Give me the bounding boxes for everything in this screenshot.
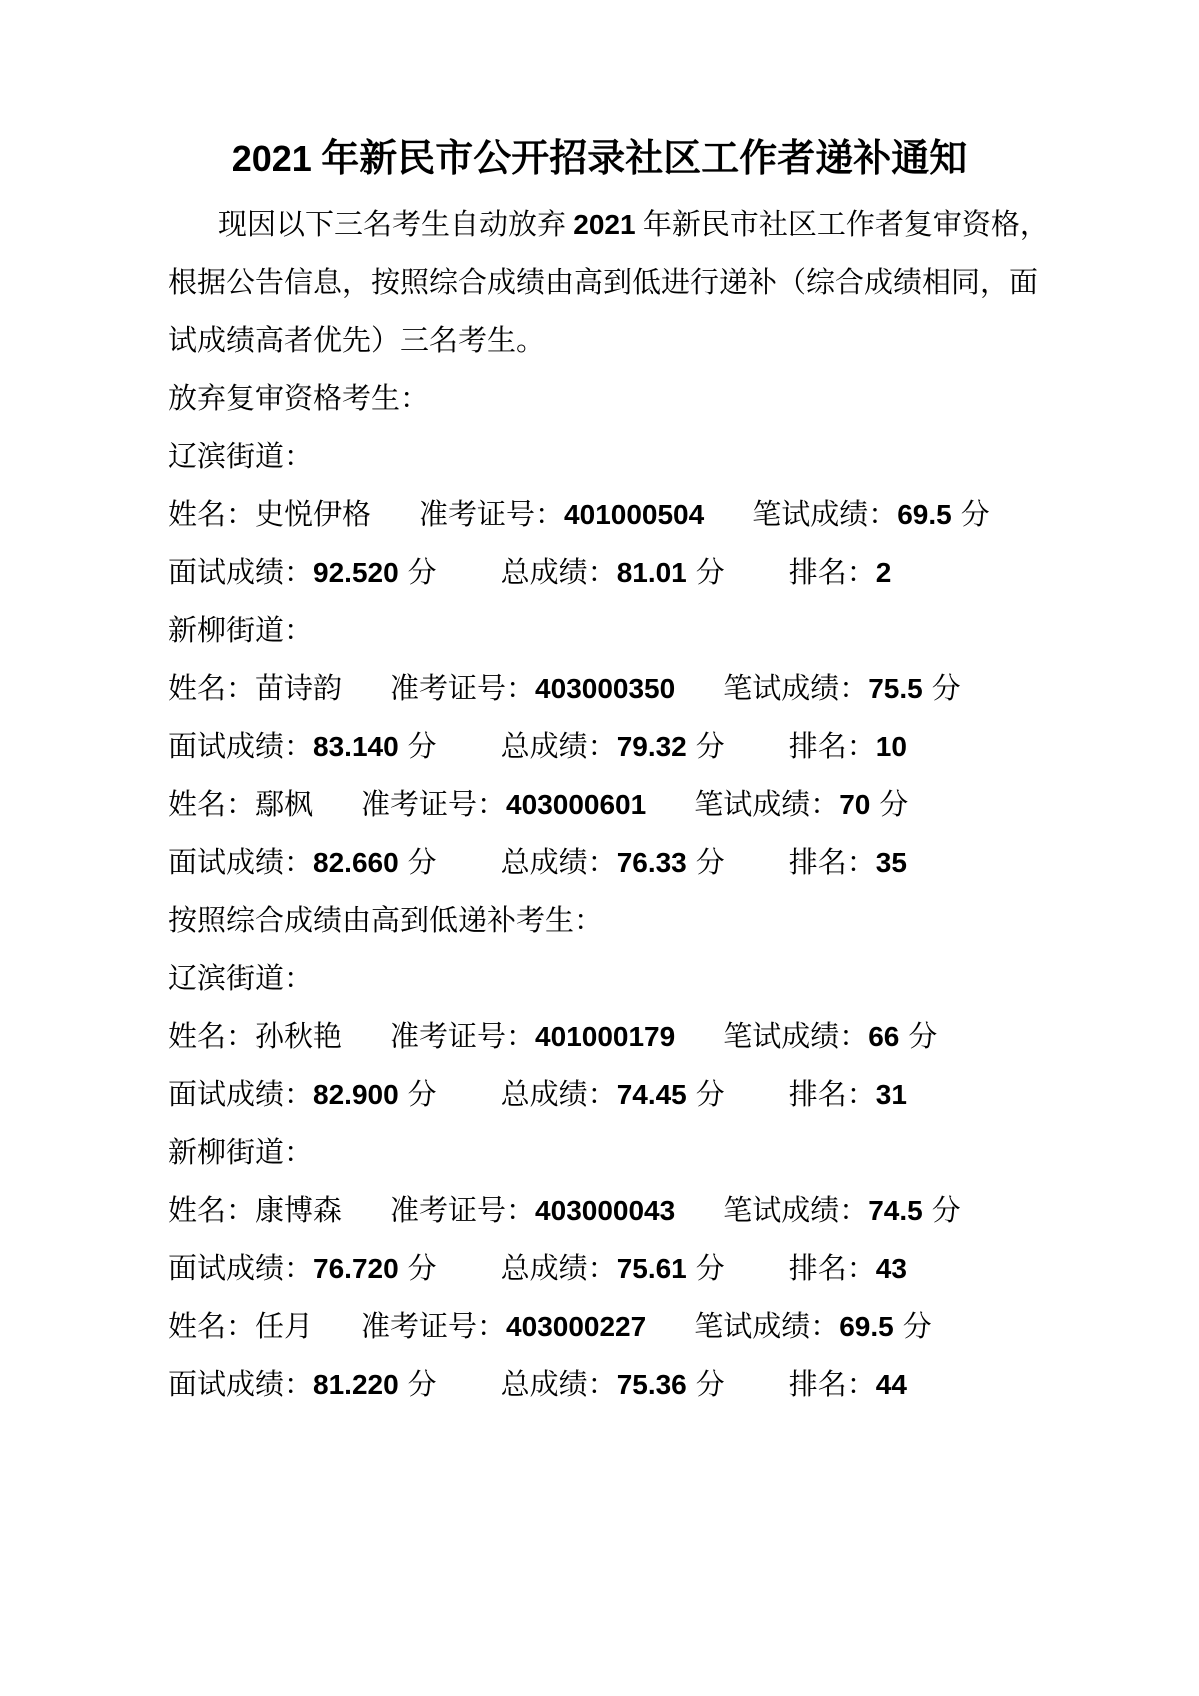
written-score-field: 笔试成绩：66分 bbox=[723, 1008, 937, 1066]
name-label: 姓名： bbox=[168, 789, 255, 821]
interview-score-label: 面试成绩： bbox=[168, 557, 313, 589]
rank-label: 排名： bbox=[789, 1369, 876, 1401]
total-score-field: 总成绩：75.36分 bbox=[501, 1356, 725, 1414]
rank-label: 排名： bbox=[789, 1253, 876, 1285]
interview-score-field: 面试成绩：82.660分 bbox=[168, 834, 437, 892]
written-score-value: 69.5 bbox=[839, 1311, 894, 1342]
score-unit: 分 bbox=[408, 1253, 437, 1285]
candidate-5-score-line: 面试成绩：76.720分 总成绩：75.61分 排名：43 bbox=[168, 1240, 1031, 1298]
exam-id-field: 准考证号：403000601 bbox=[361, 776, 646, 834]
total-score-label: 总成绩： bbox=[501, 847, 617, 879]
candidate-name-field: 姓名：孙秋艳 bbox=[168, 1008, 342, 1066]
written-score-value: 70 bbox=[839, 789, 870, 820]
candidate-name: 史悦伊格 bbox=[255, 499, 371, 531]
exam-id-value: 401000179 bbox=[535, 1021, 675, 1052]
score-unit: 分 bbox=[932, 1195, 961, 1227]
total-score-value: 79.32 bbox=[617, 731, 687, 762]
name-label: 姓名： bbox=[168, 673, 255, 705]
score-unit: 分 bbox=[696, 1253, 725, 1285]
abandon-section-heading: 放弃复审资格考生： bbox=[168, 370, 1031, 428]
total-score-value: 81.01 bbox=[617, 557, 687, 588]
total-score-field: 总成绩：75.61分 bbox=[501, 1240, 725, 1298]
score-unit: 分 bbox=[408, 731, 437, 763]
total-score-field: 总成绩：74.45分 bbox=[501, 1066, 725, 1124]
interview-score-field: 面试成绩：82.900分 bbox=[168, 1066, 437, 1124]
written-score-field: 笔试成绩：74.5分 bbox=[723, 1182, 961, 1240]
written-score-field: 笔试成绩：75.5分 bbox=[723, 660, 961, 718]
score-unit: 分 bbox=[696, 1369, 725, 1401]
intro-line-3: 试成绩高者优先）三名考生。 bbox=[168, 312, 1031, 370]
written-score-label: 笔试成绩： bbox=[723, 1195, 868, 1227]
candidate-6-score-line: 面试成绩：81.220分 总成绩：75.36分 排名：44 bbox=[168, 1356, 1031, 1414]
intro-line-1-pre: 现因以下三名考生自动放弃 bbox=[218, 209, 573, 241]
rank-field: 排名：44 bbox=[789, 1356, 907, 1414]
candidate-4-info-line: 姓名：孙秋艳 准考证号：401000179 笔试成绩：66分 bbox=[168, 1008, 1031, 1066]
exam-id-field: 准考证号：403000227 bbox=[361, 1298, 646, 1356]
rank-field: 排名：10 bbox=[789, 718, 907, 776]
name-label: 姓名： bbox=[168, 1311, 255, 1343]
candidate-name: 鄢枫 bbox=[255, 789, 313, 821]
name-label: 姓名： bbox=[168, 1195, 255, 1227]
candidate-5-info-line: 姓名：康博森 准考证号：403000043 笔试成绩：74.5分 bbox=[168, 1182, 1031, 1240]
interview-score-value: 82.660 bbox=[313, 847, 399, 878]
score-unit: 分 bbox=[696, 847, 725, 879]
written-score-label: 笔试成绩： bbox=[723, 673, 868, 705]
written-score-value: 69.5 bbox=[897, 499, 952, 530]
interview-score-label: 面试成绩： bbox=[168, 1369, 313, 1401]
candidate-4-score-line: 面试成绩：82.900分 总成绩：74.45分 排名：31 bbox=[168, 1066, 1031, 1124]
total-score-field: 总成绩：76.33分 bbox=[501, 834, 725, 892]
written-score-label: 笔试成绩： bbox=[723, 1021, 868, 1053]
street-heading-xinliu-1: 新柳街道： bbox=[168, 602, 1031, 660]
written-score-label: 笔试成绩： bbox=[752, 499, 897, 531]
exam-id-label: 准考证号： bbox=[361, 1311, 506, 1343]
written-score-field: 笔试成绩：70分 bbox=[694, 776, 908, 834]
written-score-value: 66 bbox=[868, 1021, 899, 1052]
total-score-label: 总成绩： bbox=[501, 1369, 617, 1401]
written-score-label: 笔试成绩： bbox=[694, 1311, 839, 1343]
written-score-field: 笔试成绩：69.5分 bbox=[694, 1298, 932, 1356]
rank-value: 31 bbox=[876, 1079, 907, 1110]
candidate-2-info-line: 姓名：苗诗韵 准考证号：403000350 笔试成绩：75.5分 bbox=[168, 660, 1031, 718]
candidate-1-score-line: 面试成绩：92.520分 总成绩：81.01分 排名：2 bbox=[168, 544, 1031, 602]
interview-score-value: 81.220 bbox=[313, 1369, 399, 1400]
rank-value: 44 bbox=[876, 1369, 907, 1400]
exam-id-field: 准考证号：401000179 bbox=[390, 1008, 675, 1066]
document-title: 2021 年新民市公开招录社区工作者递补通知 bbox=[168, 130, 1031, 188]
total-score-field: 总成绩：79.32分 bbox=[501, 718, 725, 776]
rank-field: 排名：2 bbox=[789, 544, 892, 602]
interview-score-field: 面试成绩：81.220分 bbox=[168, 1356, 437, 1414]
candidate-2-score-line: 面试成绩：83.140分 总成绩：79.32分 排名：10 bbox=[168, 718, 1031, 776]
intro-line-2: 根据公告信息，按照综合成绩由高到低进行递补（综合成绩相同，面 bbox=[168, 254, 1031, 312]
rank-label: 排名： bbox=[789, 557, 876, 589]
exam-id-value: 403000601 bbox=[506, 789, 646, 820]
interview-score-value: 83.140 bbox=[313, 731, 399, 762]
street-heading-liaobin-1: 辽滨街道： bbox=[168, 428, 1031, 486]
score-unit: 分 bbox=[408, 1369, 437, 1401]
total-score-label: 总成绩： bbox=[501, 731, 617, 763]
rank-label: 排名： bbox=[789, 1079, 876, 1111]
score-unit: 分 bbox=[879, 789, 908, 821]
score-unit: 分 bbox=[696, 557, 725, 589]
exam-id-label: 准考证号： bbox=[390, 673, 535, 705]
interview-score-field: 面试成绩：83.140分 bbox=[168, 718, 437, 776]
interview-score-label: 面试成绩： bbox=[168, 847, 313, 879]
rank-field: 排名：35 bbox=[789, 834, 907, 892]
candidate-name-field: 姓名：任月 bbox=[168, 1298, 313, 1356]
exam-id-label: 准考证号： bbox=[390, 1021, 535, 1053]
interview-score-value: 76.720 bbox=[313, 1253, 399, 1284]
score-unit: 分 bbox=[903, 1311, 932, 1343]
candidate-3-score-line: 面试成绩：82.660分 总成绩：76.33分 排名：35 bbox=[168, 834, 1031, 892]
intro-line-1-year: 2021 bbox=[573, 209, 635, 240]
replace-section-heading: 按照综合成绩由高到低递补考生： bbox=[168, 892, 1031, 950]
score-unit: 分 bbox=[696, 731, 725, 763]
candidate-name-field: 姓名：鄢枫 bbox=[168, 776, 313, 834]
score-unit: 分 bbox=[932, 673, 961, 705]
interview-score-value: 92.520 bbox=[313, 557, 399, 588]
written-score-field: 笔试成绩：69.5分 bbox=[752, 486, 990, 544]
rank-label: 排名： bbox=[789, 731, 876, 763]
score-unit: 分 bbox=[961, 499, 990, 531]
score-unit: 分 bbox=[908, 1021, 937, 1053]
intro-line-1-post: 年新民市社区工作者复审资格， bbox=[636, 209, 1049, 241]
exam-id-label: 准考证号： bbox=[419, 499, 564, 531]
rank-field: 排名：31 bbox=[789, 1066, 907, 1124]
candidate-name: 康博森 bbox=[255, 1195, 342, 1227]
candidate-name: 任月 bbox=[255, 1311, 313, 1343]
total-score-label: 总成绩： bbox=[501, 1253, 617, 1285]
candidate-name: 孙秋艳 bbox=[255, 1021, 342, 1053]
interview-score-field: 面试成绩：76.720分 bbox=[168, 1240, 437, 1298]
total-score-value: 76.33 bbox=[617, 847, 687, 878]
rank-value: 2 bbox=[876, 557, 892, 588]
exam-id-value: 403000043 bbox=[535, 1195, 675, 1226]
rank-label: 排名： bbox=[789, 847, 876, 879]
name-label: 姓名： bbox=[168, 1021, 255, 1053]
exam-id-label: 准考证号： bbox=[390, 1195, 535, 1227]
interview-score-label: 面试成绩： bbox=[168, 731, 313, 763]
candidate-1-info-line: 姓名：史悦伊格 准考证号：401000504 笔试成绩：69.5分 bbox=[168, 486, 1031, 544]
exam-id-field: 准考证号：403000043 bbox=[390, 1182, 675, 1240]
candidate-name-field: 姓名：史悦伊格 bbox=[168, 486, 371, 544]
score-unit: 分 bbox=[696, 1079, 725, 1111]
intro-line-1: 现因以下三名考生自动放弃 2021 年新民市社区工作者复审资格， bbox=[168, 196, 1031, 254]
candidate-name-field: 姓名：苗诗韵 bbox=[168, 660, 342, 718]
street-heading-xinliu-2: 新柳街道： bbox=[168, 1124, 1031, 1182]
score-unit: 分 bbox=[408, 847, 437, 879]
street-heading-liaobin-2: 辽滨街道： bbox=[168, 950, 1031, 1008]
title-text: 年新民市公开招录社区工作者递补通知 bbox=[312, 138, 968, 180]
total-score-value: 75.61 bbox=[617, 1253, 687, 1284]
exam-id-value: 403000227 bbox=[506, 1311, 646, 1342]
rank-field: 排名：43 bbox=[789, 1240, 907, 1298]
total-score-value: 75.36 bbox=[617, 1369, 687, 1400]
score-unit: 分 bbox=[408, 557, 437, 589]
total-score-value: 74.45 bbox=[617, 1079, 687, 1110]
total-score-field: 总成绩：81.01分 bbox=[501, 544, 725, 602]
exam-id-field: 准考证号：403000350 bbox=[390, 660, 675, 718]
written-score-value: 74.5 bbox=[868, 1195, 923, 1226]
candidate-name-field: 姓名：康博森 bbox=[168, 1182, 342, 1240]
rank-value: 10 bbox=[876, 731, 907, 762]
written-score-value: 75.5 bbox=[868, 673, 923, 704]
total-score-label: 总成绩： bbox=[501, 557, 617, 589]
candidate-name: 苗诗韵 bbox=[255, 673, 342, 705]
name-label: 姓名： bbox=[168, 499, 255, 531]
interview-score-label: 面试成绩： bbox=[168, 1079, 313, 1111]
rank-value: 43 bbox=[876, 1253, 907, 1284]
candidate-6-info-line: 姓名：任月 准考证号：403000227 笔试成绩：69.5分 bbox=[168, 1298, 1031, 1356]
total-score-label: 总成绩： bbox=[501, 1079, 617, 1111]
exam-id-value: 401000504 bbox=[564, 499, 704, 530]
exam-id-field: 准考证号：401000504 bbox=[419, 486, 704, 544]
exam-id-label: 准考证号： bbox=[361, 789, 506, 821]
rank-value: 35 bbox=[876, 847, 907, 878]
candidate-3-info-line: 姓名：鄢枫 准考证号：403000601 笔试成绩：70分 bbox=[168, 776, 1031, 834]
score-unit: 分 bbox=[408, 1079, 437, 1111]
title-year: 2021 bbox=[232, 138, 312, 179]
notice-document: 2021 年新民市公开招录社区工作者递补通知 现因以下三名考生自动放弃 2021… bbox=[0, 0, 1199, 1696]
interview-score-label: 面试成绩： bbox=[168, 1253, 313, 1285]
written-score-label: 笔试成绩： bbox=[694, 789, 839, 821]
interview-score-field: 面试成绩：92.520分 bbox=[168, 544, 437, 602]
exam-id-value: 403000350 bbox=[535, 673, 675, 704]
interview-score-value: 82.900 bbox=[313, 1079, 399, 1110]
